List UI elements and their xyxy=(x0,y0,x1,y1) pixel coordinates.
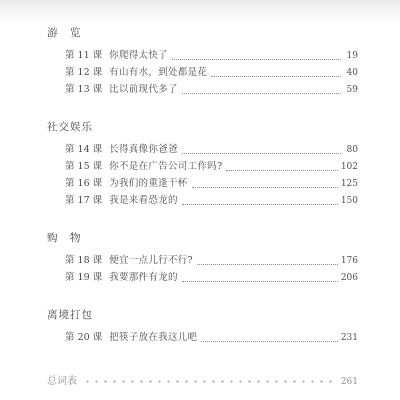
toc-section: 社交娱乐 第 14 课 长得真像你爸爸 80 第 15 课 你不是在广告公司工作… xyxy=(47,120,358,209)
section-heading: 离境打包 xyxy=(47,308,358,322)
lesson-title: 你爬得太快了 xyxy=(109,47,168,61)
toc-lesson-entry[interactable]: 第 16 课 为我们的重逢干杯 125 xyxy=(47,175,358,192)
lesson-title: 你不是在广告公司工作吗? xyxy=(109,158,222,172)
toc-lesson-entry[interactable]: 第 11 课 你爬得太快了 19 xyxy=(47,47,358,64)
lesson-title: 我要那件有龙的 xyxy=(109,269,178,283)
lesson-page-number: 125 xyxy=(341,179,358,189)
lesson-list: 第 18 课 便宜一点儿行不行? 176 第 19 课 我要那件有龙的 206 xyxy=(47,252,358,286)
lesson-label: 第 18 课 xyxy=(65,252,102,266)
toc-lesson-entry[interactable]: 第 18 课 便宜一点儿行不行? 176 xyxy=(47,252,358,269)
toc-lesson-entry[interactable]: 第 12 课 有山有水，到处都是花 40 xyxy=(47,64,358,81)
toc-section: 游 览 第 11 课 你爬得太快了 19 第 12 课 有山有水，到处都是花 4… xyxy=(47,26,358,98)
lesson-label: 第 12 课 xyxy=(65,64,102,78)
glossary-dot-leader xyxy=(83,372,337,387)
toc-section: 离境打包 第 20 课 把筷子放在我这儿吧 231 xyxy=(47,308,358,346)
dot-leader xyxy=(182,204,338,205)
toc-lesson-entry[interactable]: 第 19 课 我要那件有龙的 206 xyxy=(47,269,358,286)
dot-leader xyxy=(197,264,338,265)
lesson-title: 有山有水，到处都是花 xyxy=(109,64,207,78)
toc-lesson-entry[interactable]: 第 17 课 我是来看恐龙的 150 xyxy=(47,192,358,209)
toc-section-list: 游 览 第 11 课 你爬得太快了 19 第 12 课 有山有水，到处都是花 4… xyxy=(47,26,358,346)
glossary-entry[interactable]: 总词表 261 xyxy=(47,372,358,387)
lesson-label: 第 20 课 xyxy=(65,329,102,343)
glossary-page-number: 261 xyxy=(341,377,358,387)
lesson-list: 第 14 课 长得真像你爸爸 80 第 15 课 你不是在广告公司工作吗? 10… xyxy=(47,141,358,209)
dot-leader xyxy=(226,170,337,171)
section-heading: 购 物 xyxy=(47,231,358,245)
lesson-title: 长得真像你爸爸 xyxy=(109,141,178,155)
toc-page: 游 览 第 11 课 你爬得太快了 19 第 12 课 有山有水，到处都是花 4… xyxy=(0,0,400,400)
lesson-title: 我是来看恐龙的 xyxy=(109,192,178,206)
toc-lesson-entry[interactable]: 第 15 课 你不是在广告公司工作吗? 102 xyxy=(47,158,358,175)
dot-leader xyxy=(182,281,338,282)
lesson-label: 第 16 课 xyxy=(65,175,102,189)
lesson-list: 第 11 课 你爬得太快了 19 第 12 课 有山有水，到处都是花 40 第 … xyxy=(47,47,358,98)
lesson-title: 把筷子放在我这儿吧 xyxy=(109,329,197,343)
dot-leader xyxy=(211,76,341,77)
section-heading: 社交娱乐 xyxy=(47,120,358,134)
lesson-page-number: 176 xyxy=(341,256,358,266)
dot-leader xyxy=(182,93,341,94)
lesson-label: 第 19 课 xyxy=(65,269,102,283)
lesson-title: 为我们的重逢干杯 xyxy=(109,175,187,189)
lesson-title: 比以前现代多了 xyxy=(109,81,178,95)
lesson-page-number: 206 xyxy=(341,273,358,283)
lesson-page-number: 80 xyxy=(344,145,358,155)
lesson-label: 第 17 课 xyxy=(65,192,102,206)
lesson-label: 第 11 课 xyxy=(65,47,102,61)
dot-leader xyxy=(182,153,341,154)
toc-lesson-entry[interactable]: 第 13 课 比以前现代多了 59 xyxy=(47,81,358,98)
toc-lesson-entry[interactable]: 第 14 课 长得真像你爸爸 80 xyxy=(47,141,358,158)
lesson-label: 第 14 课 xyxy=(65,141,102,155)
dot-leader xyxy=(172,59,341,60)
lesson-page-number: 40 xyxy=(344,68,358,78)
toc-lesson-entry[interactable]: 第 20 课 把筷子放在我这儿吧 231 xyxy=(47,329,358,346)
lesson-list: 第 20 课 把筷子放在我这儿吧 231 xyxy=(47,329,358,346)
glossary-title: 总词表 xyxy=(47,372,77,387)
dot-leader xyxy=(201,341,337,342)
toc-section: 购 物 第 18 课 便宜一点儿行不行? 176 第 19 课 我要那件有龙的 … xyxy=(47,231,358,286)
lesson-page-number: 231 xyxy=(341,333,358,343)
lesson-page-number: 102 xyxy=(341,162,358,172)
lesson-label: 第 15 课 xyxy=(65,158,102,172)
dot-leader xyxy=(192,187,338,188)
lesson-label: 第 13 课 xyxy=(65,81,102,95)
lesson-title: 便宜一点儿行不行? xyxy=(109,252,193,266)
lesson-page-number: 19 xyxy=(344,51,358,61)
section-heading: 游 览 xyxy=(47,26,358,40)
lesson-page-number: 150 xyxy=(341,196,358,206)
lesson-page-number: 59 xyxy=(344,85,358,95)
